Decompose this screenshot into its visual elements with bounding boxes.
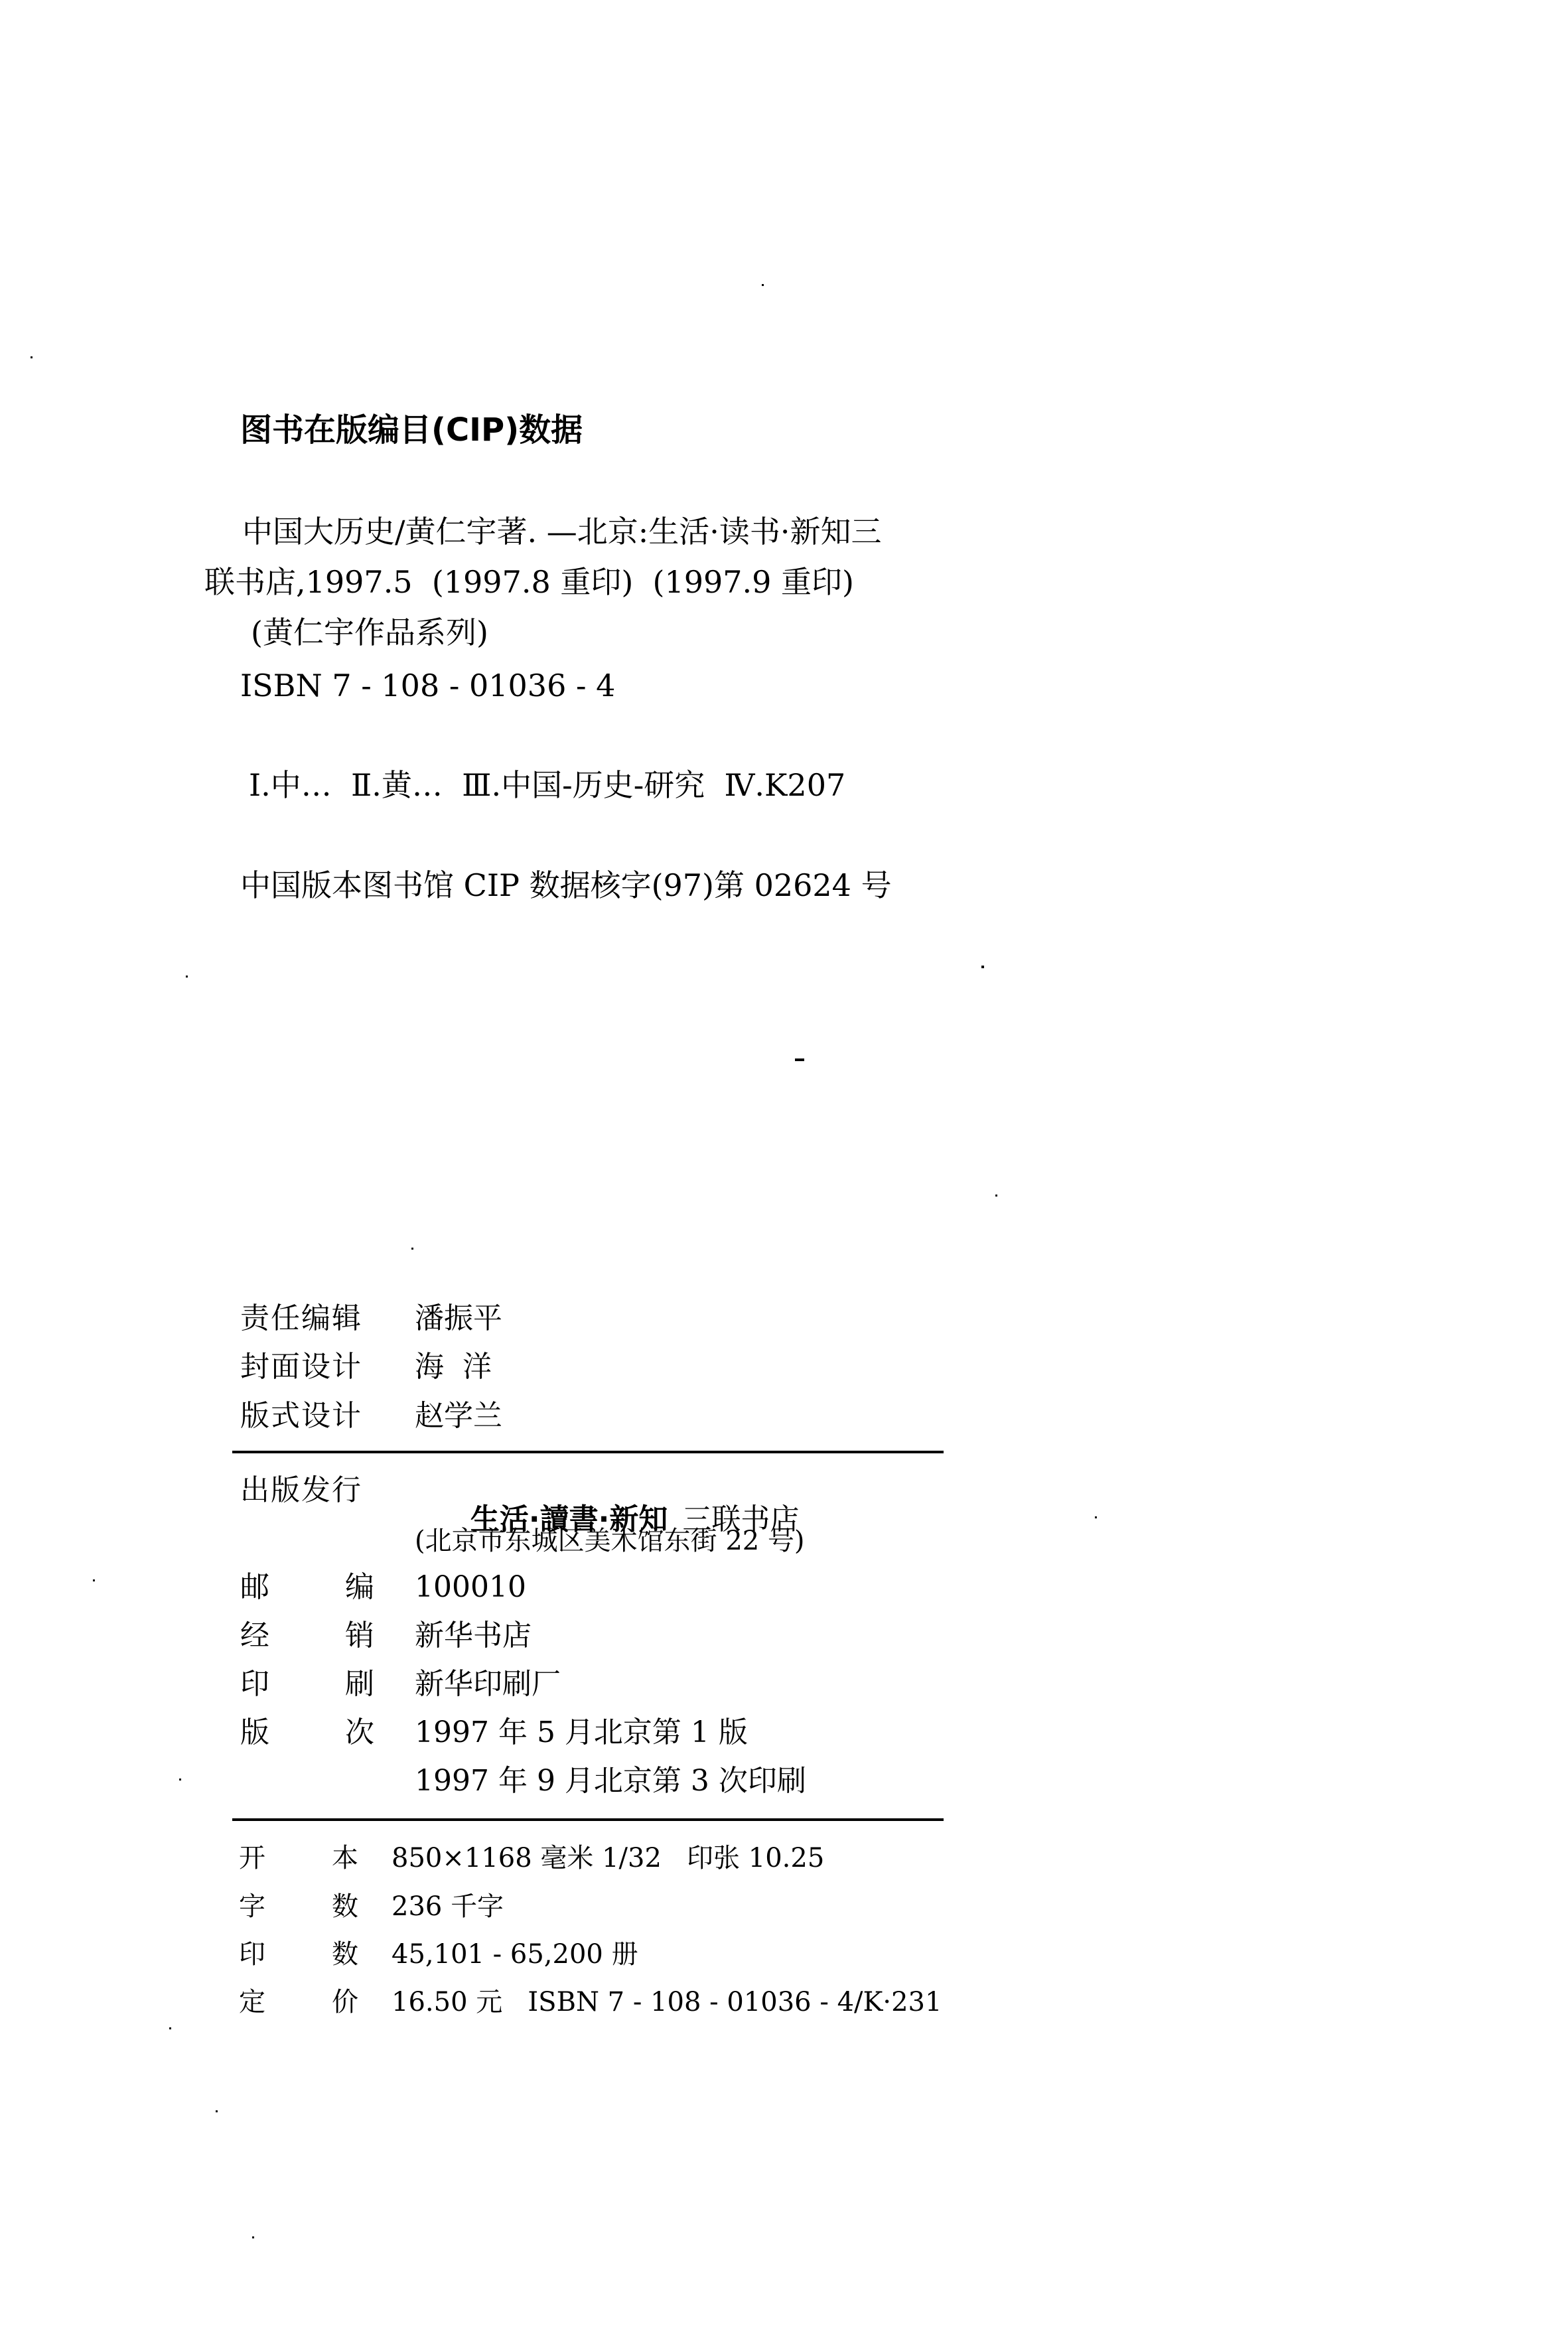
printer-row: 印 刷 新华印刷厂 [239, 1670, 276, 1703]
postcode-value: 100010 [415, 1573, 526, 1602]
publisher-row: 出版发行 生活·讀書·新知三联书店 [239, 1476, 276, 1509]
spec-label-b: 价 [332, 1989, 358, 2015]
credit-row-editor: 责任编辑 潘振平 [239, 1304, 276, 1337]
credit-label: 责任编辑 [240, 1304, 362, 1333]
printing-row: 1997 年 9 月北京第 3 次印刷 [239, 1767, 276, 1800]
credit-label: 版式设计 [240, 1402, 362, 1431]
spec-label-a: 开 [239, 1845, 265, 1871]
scan-speck [179, 1779, 181, 1781]
credit-row-layout-design: 版式设计 赵学兰 [239, 1402, 276, 1435]
distributor-label-b: 销 [345, 1621, 374, 1650]
scan-speck [1095, 1516, 1097, 1518]
distributor-label-a: 经 [240, 1621, 269, 1650]
scan-speck [169, 2027, 171, 2029]
divider-rule [232, 1451, 944, 1453]
scan-speck [186, 976, 188, 978]
scan-speck [93, 1579, 95, 1581]
cip-isbn-line: ISBN 7 - 108 - 01036 - 4 [240, 670, 615, 701]
distributor-row: 经 销 新华书店 [239, 1621, 276, 1654]
publisher-address-row: (北京市东城区美术馆东街 22 号) [239, 1528, 273, 1561]
publisher-address: (北京市东城区美术馆东街 22 号) [415, 1528, 805, 1554]
spec-label-a: 印 [239, 1941, 265, 1968]
credit-value: 赵学兰 [415, 1402, 502, 1431]
cip-series-line: (黄仁宇作品系列) [251, 617, 488, 648]
spec-value: 236 千字 [392, 1893, 504, 1920]
spec-label-b: 本 [332, 1845, 358, 1871]
credit-value: 海 洋 [415, 1352, 492, 1382]
spec-label-a: 字 [239, 1893, 265, 1920]
postcode-row: 邮 编 100010 [239, 1573, 276, 1606]
scan-speck [795, 1058, 804, 1061]
edition-row: 版 次 1997 年 5 月北京第 1 版 [239, 1718, 276, 1751]
spec-label-a: 定 [239, 1989, 265, 2015]
printer-label-b: 刷 [345, 1670, 374, 1699]
cip-record-line-2: 联书店,1997.5 (1997.8 重印) (1997.9 重印) [204, 567, 854, 597]
spec-label-b: 数 [332, 1893, 358, 1920]
spec-row-price: 定 价 16.50 元 ISBN 7 - 108 - 01036 - 4/K·2… [238, 1989, 271, 2018]
printer-value: 新华印刷厂 [415, 1670, 561, 1699]
scan-speck [216, 2110, 218, 2112]
scan-speck [762, 284, 764, 286]
scan-speck [252, 2236, 254, 2238]
credit-row-cover-design: 封面设计 海 洋 [239, 1352, 276, 1386]
postcode-label-b: 编 [345, 1573, 374, 1602]
spec-row-word-count: 字 数 236 千字 [238, 1893, 271, 1923]
cip-library-record: 中国版本图书馆 CIP 数据核字(97)第 02624 号 [240, 870, 892, 901]
spec-row-format: 开 本 850×1168 毫米 1/32 印张 10.25 [238, 1845, 271, 1874]
edition-value: 1997 年 5 月北京第 1 版 [415, 1718, 748, 1747]
cip-record-line-1: 中国大历史/黄仁宇著. —北京:生活·读书·新知三 [242, 516, 881, 547]
printing-value: 1997 年 9 月北京第 3 次印刷 [415, 1767, 806, 1796]
distributor-value: 新华书店 [415, 1621, 532, 1650]
spec-value: 16.50 元 ISBN 7 - 108 - 01036 - 4/K·231 [392, 1989, 942, 2015]
copyright-page: 图书在版编目(CIP)数据 中国大历史/黄仁宇著. —北京:生活·读书·新知三 … [0, 0, 1568, 2328]
credit-label: 封面设计 [240, 1352, 362, 1382]
cip-classification: Ⅰ.中… Ⅱ.黄… Ⅲ.中国-历史-研究 Ⅳ.K207 [249, 770, 845, 800]
credit-value: 潘振平 [415, 1304, 502, 1333]
spec-value: 45,101 - 65,200 册 [392, 1941, 638, 1968]
edition-label-a: 版 [240, 1718, 269, 1747]
publisher-label: 出版发行 [240, 1476, 362, 1505]
spec-label-b: 数 [332, 1941, 358, 1968]
scan-speck [31, 356, 33, 358]
scan-speck [995, 1195, 997, 1197]
divider-rule [232, 1818, 944, 1821]
cip-heading: 图书在版编目(CIP)数据 [240, 414, 583, 446]
scan-speck [981, 966, 984, 968]
spec-value: 850×1168 毫米 1/32 印张 10.25 [392, 1845, 824, 1871]
edition-label-b: 次 [345, 1718, 374, 1747]
printer-label-a: 印 [240, 1670, 269, 1699]
postcode-label-a: 邮 [240, 1573, 269, 1602]
scan-speck [411, 1248, 413, 1250]
spec-row-print-run: 印 数 45,101 - 65,200 册 [238, 1941, 271, 1970]
